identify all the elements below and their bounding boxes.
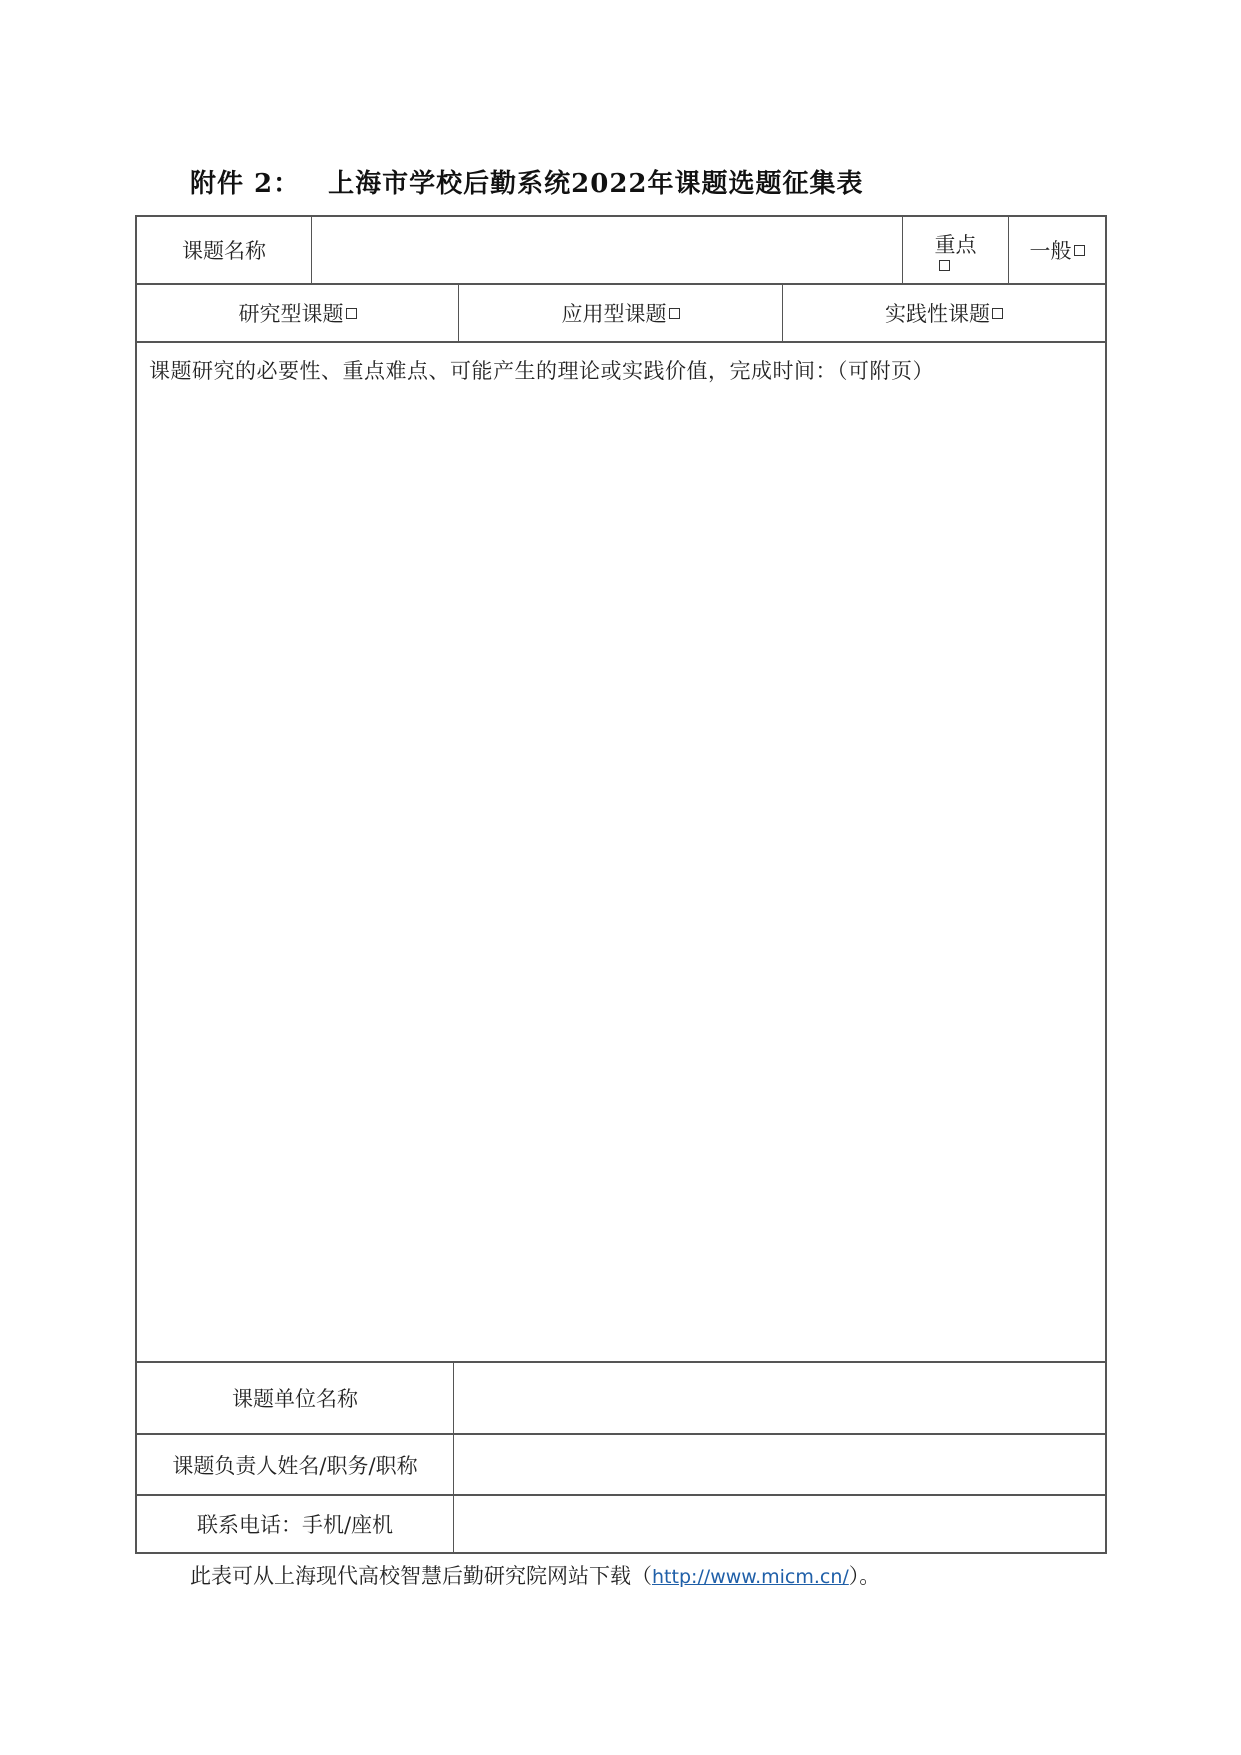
footer-note: 此表可从上海现代高校智慧后勤研究院网站下载（http://www.micm.cn… (190, 1560, 880, 1590)
unit-name-label-text: 课题单位名称 (232, 1383, 358, 1413)
research-type-checkbox[interactable] (346, 308, 357, 319)
research-type-label: 研究型课题 (239, 298, 344, 328)
leader-info-field[interactable] (454, 1435, 1105, 1494)
general-topic-label: 一般 (1030, 235, 1072, 265)
unit-name-field[interactable] (454, 1363, 1105, 1433)
download-link[interactable]: http://www.micm.cn/ (652, 1566, 849, 1588)
key-topic-option[interactable]: 重点 (903, 217, 1008, 283)
research-type-option[interactable]: 研究型课题 (137, 285, 458, 341)
applied-type-label: 应用型课题 (562, 298, 667, 328)
applied-type-checkbox[interactable] (669, 308, 680, 319)
topic-name-field[interactable] (312, 217, 902, 283)
description-field[interactable]: 课题研究的必要性、重点难点、可能产生的理论或实践价值，完成时间：（可附页） (137, 343, 1105, 1361)
key-topic-label: 重点 (935, 230, 977, 260)
table-border-bottom (135, 1552, 1107, 1554)
footer-text-after: ）。 (849, 1564, 881, 1588)
practice-type-label: 实践性课题 (885, 298, 990, 328)
unit-name-label: 课题单位名称 (137, 1363, 453, 1433)
description-prompt: 课题研究的必要性、重点难点、可能产生的理论或实践价值，完成时间：（可附页） (149, 355, 934, 385)
title-main: 上海市学校后勤系统2022年课题选题征集表 (328, 169, 863, 199)
phone-label-text: 联系电话：手机/座机 (197, 1509, 393, 1539)
leader-info-label-text: 课题负责人姓名/职务/职称 (172, 1450, 417, 1480)
key-topic-checkbox[interactable] (939, 260, 950, 271)
phone-label: 联系电话：手机/座机 (137, 1496, 453, 1552)
general-topic-option[interactable]: 一般 (1009, 217, 1105, 283)
practice-type-option[interactable]: 实践性课题 (783, 285, 1105, 341)
document-title: 附件 2：上海市学校后勤系统2022年课题选题征集表 (190, 163, 864, 200)
phone-field[interactable] (454, 1496, 1105, 1552)
title-prefix: 附件 2： (190, 169, 300, 199)
footer-text-before: 此表可从上海现代高校智慧后勤研究院网站下载（ (190, 1564, 652, 1588)
practice-type-checkbox[interactable] (992, 308, 1003, 319)
topic-name-label: 课题名称 (137, 217, 311, 283)
general-topic-checkbox[interactable] (1074, 245, 1085, 256)
leader-info-label: 课题负责人姓名/职务/职称 (137, 1435, 453, 1494)
topic-name-label-text: 课题名称 (182, 235, 266, 265)
applied-type-option[interactable]: 应用型课题 (459, 285, 782, 341)
table-border-right (1105, 215, 1107, 1554)
